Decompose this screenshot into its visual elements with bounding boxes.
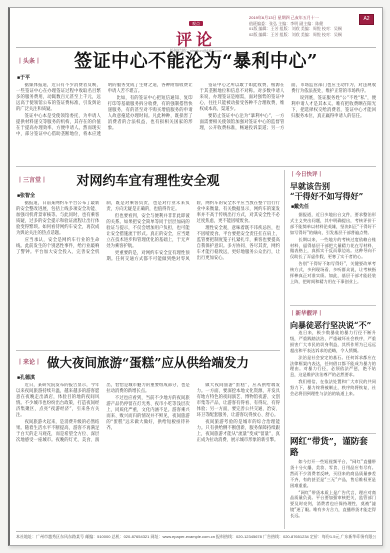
headline-line: “干得好不如写得好” (290, 191, 376, 201)
article-headline: 签证中心不能沦为“暴利中心” (74, 51, 318, 72)
article-second: 丨三言堂丨 对网约车宜有理性安全观 ■张智全 据报道，日前某网约车平台公布了最新… (16, 172, 280, 347)
headline-row: 丨三言堂丨 对网约车宜有理性安全观 (16, 172, 280, 190)
page-number-badge: A2 (359, 14, 374, 25)
paragraph: 据媒体报道，近日有不少消费者反映，一些签证中心在办理签证过程中收取名目繁多的服务… (16, 83, 101, 113)
paragraph: 据报道，近日多地出台文件，要求整治形式主义突出问题，其中明确提出，考核评价干部不… (290, 212, 376, 236)
paragraph: 我们相信，在依法处置和广大市民的共同努力下，暴力终将被制止，秩序终将恢复，社会必… (290, 379, 376, 397)
main-grid: 丨三言堂丨 对网约车宜有理性安全观 ■张智全 据报道，日前某网约车平台公布了最新… (16, 170, 376, 529)
byline: ■于平 (17, 74, 376, 81)
divider (16, 350, 280, 351)
sidebar-body: 连日来，极少数暴徒的暴力行径不断升级，严重践踏法治，严重破坏社会秩序，严重损害广… (290, 330, 376, 430)
paragraph: 告别“干得好不如写得好”，关键要改革考核方式，多到现场看、多听群众说，让考核指挥… (290, 261, 376, 285)
paragraph: 做大夜间旅游“蛋糕”，应从供给端发力。一方面，要深挖本地文化资源，开发具有地方特… (197, 383, 280, 419)
paragraph: 说到底，签证服务姓“公”不姓“私”，便利申请人才是其本义。唯有把收费晒在阳光下，… (291, 96, 376, 120)
article-body: 近日，某研究院发布的报告显示，今年以来夜间旅游持续升温，越来越多的游客愿意在夜晚… (16, 383, 280, 529)
sidebar-headline: 向暴徒恶行坚决说“不” (290, 320, 376, 330)
column-label: 丨新华靓评丨 (290, 309, 376, 317)
divider (16, 166, 376, 167)
sidebar: 丨今日快评丨 早就该告别 “干得好不如写得好” ■戴先任 据报道，近日多地出台文… (284, 170, 376, 529)
sidebar-headline: 早就该告别 “干得好不如写得好” (290, 181, 376, 201)
staff-line: 01版 编辑：王芳 组版：刘欣 美编：周悦 校对：吴桐 (249, 26, 354, 32)
paragraph: 签证中心之所以敢于如此收费，根源在于其垄断地位和信息不对称。对多数申请人来说，办… (200, 83, 285, 113)
imprint-footer: 本社地址：广州市越秀区东风东路某号 邮编：510000 总机：020-87654… (16, 531, 376, 540)
article-body: 据报道，日前某网约车平台公布了最新的安全整改进展，包括上线多项安全功能、加强司机… (16, 201, 280, 347)
paragraph: 但也要看到，安全与便利并非非此即彼的关系。如果把安全简单等同于层层加码的验证与提… (106, 214, 189, 250)
divider (290, 305, 376, 306)
paragraph: 法治是社会安定的基石。任何诉求都应在法律框架内表达，任何借口都不能成为暴力的理由… (290, 355, 376, 379)
sidebar-section-quick-comment: 丨今日快评丨 早就该告别 “干得好不如写得好” ■戴先任 据报道，近日多地出台文… (290, 170, 376, 302)
article-top: 丨头条丨 签证中心不能沦为“暴利中心” ■于平 据媒体报道，近日有不少消费者反映… (16, 48, 376, 163)
section-badge: 观点 (189, 21, 203, 26)
headline-row: 丨来论丨 做大夜间旅游“蛋糕”应从供给端发力 (16, 354, 280, 372)
staff-line: 02版 编辑：王芳 组版：刘欣 美编：周悦 校对：吴桐 (249, 32, 354, 38)
article-third: 丨来论丨 做大夜间旅游“蛋糕”应从供给端发力 ■孔德淇 近日，某研究院发布的报告… (16, 354, 280, 529)
paragraph: 如今打开一些短视频平台，“网红”直播带货十分火爆，美妆、零食、日用品应有尽有。然… (290, 459, 376, 489)
paragraph: “网红”带货本质上是广告代言，理应对商品质量负责。平台要加强审核把关，监管部门要… (290, 490, 376, 520)
headline-line: 早就该告别 (290, 181, 376, 191)
article-headline: 做大夜间旅游“蛋糕”应从供给端发力 (47, 355, 249, 370)
masthead: 观点 评论 投稿信箱：pinglun@163.com 2019年6月13日 星期… (16, 12, 376, 48)
article-headline: 对网约车宜有理性安全观 (76, 174, 219, 189)
byline: ■张智全 (17, 192, 280, 199)
edition-info: 2019年6月13日 星期四 己亥年五月十一 值班编委：张弘 主编：李明 副主编… (249, 15, 354, 37)
column-label: 丨今日快评丨 (290, 170, 376, 178)
byline: ■孔德淇 (17, 374, 280, 381)
headline-row: 丨头条丨 签证中心不能沦为“暴利中心” (16, 51, 376, 72)
sidebar-body: 如今打开一些短视频平台，“网红”直播带货十分火爆，美妆、零食、日用品应有尽有。然… (290, 459, 376, 521)
paragraph: 近日，某研究院发布的报告显示，今年以来夜间旅游持续升温，越来越多的游客愿意在夜晚… (16, 383, 99, 419)
imprint-line: 本社地址：广州市越秀区东风东路某号 邮编：510000 总机：020-87654… (16, 534, 376, 540)
paragraph: 理性安全观，意味着既不讳疾忌医，也不因噎废食。平台要把安全责任扛在肩上，监管要把… (197, 226, 280, 262)
sidebar-headline: 网红“带货”，谨防套路 (290, 437, 376, 459)
paragraph: 夜间旅游考验的是城市的综合治理能力。只有供给侧不断创新，服务保障持续跟上，夜间旅… (197, 420, 280, 444)
paragraph: 连日来，极少数暴徒的暴力行径不断升级，严重践踏法治，严重破坏社会秩序，严重损害广… (290, 330, 376, 354)
article-body: 据媒体报道，近日有不少消费者反映，一些签证中心在办理签证过程中收取名目繁多的服务… (16, 83, 376, 163)
sidebar-body: 据报道，近日多地出台文件，要求整治形式主义突出问题，其中明确提出，考核评价干部不… (290, 212, 376, 302)
paragraph: 不过也应看到，当前不少地方的夜间旅游产品仍停留在灯光秀、夜市小吃等浅层次上，同质… (106, 396, 189, 432)
paragraph: 比如，有的签证中心把短信通知、复印打印等基础服务拆分收费，有的强制搭售快递服务，… (108, 96, 193, 132)
sidebar-section-xinhua-comment: 丨新华靓评丨 向暴徒恶行坚决说“不” 连日来，极少数暴徒的暴力行径不断升级，严重… (290, 309, 376, 430)
divider (290, 433, 376, 434)
column-label: 丨头条丨 (17, 56, 41, 65)
column-label: 丨来论丨 (17, 357, 41, 366)
newspaper-page: 观点 评论 投稿信箱：pinglun@163.com 2019年6月13日 星期… (8, 7, 383, 546)
paragraph: 据报道，日前某网约车平台公布了最新的安全整改进展，包括上线多项安全功能、加强司机… (16, 201, 99, 237)
byline: ■戴先任 (291, 203, 376, 210)
left-region: 丨三言堂丨 对网约车宜有理性安全观 ■张智全 据报道，日前某网约车平台公布了最新… (16, 170, 284, 529)
column-label: 丨三言堂丨 (17, 175, 47, 184)
sidebar-section-influencer: 网红“带货”，谨防套路 如今打开一些短视频平台，“网红”直播带货十分火爆，美妆、… (290, 437, 376, 521)
paragraph: 长期以来，一些地方的考核过度依赖台账材料，逼得基层干部把大量精力花在写材料、做表… (290, 237, 376, 261)
